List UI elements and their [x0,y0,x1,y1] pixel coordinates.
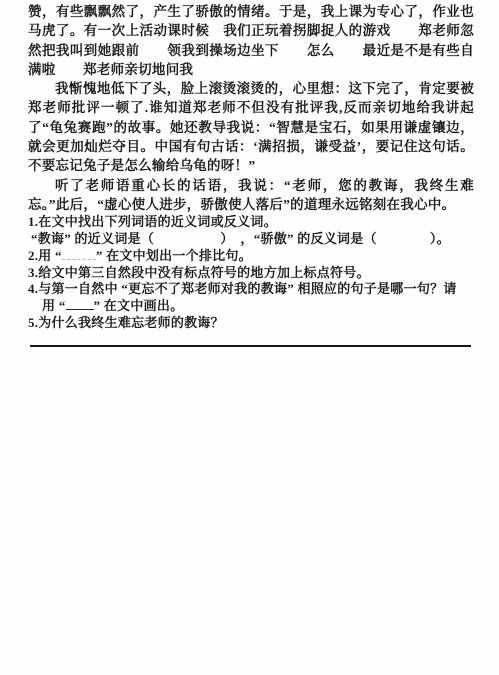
question-list: 1.在文中找出下列词语的近义词或反义词。 “教诲” 的近义词是（ ） ，“骄傲”… [28,214,474,332]
question-5: 5.为什么我终生难忘老师的教诲？ [28,315,474,332]
question-2: 2.用 “” 在文中划出一个排比句。 [28,248,474,265]
answer-blank-solid-underline [66,299,94,310]
reading-passage: 赞，有些飘飘然了，产生了骄傲的情绪。于是，我上课为专心了，作业也马虎了。有一次上… [28,2,474,214]
answer-blank-wavy-underline [62,249,96,260]
question-4-suffix: ” 在文中画出。 [94,298,184,313]
section-divider [30,345,471,347]
question-4-answer-line: 用 “” 在文中画出。 [28,298,474,315]
question-2-prefix: 2.用 “ [28,248,62,263]
question-3: 3.给文中第三自然段中没有标点符号的地方加上标点符号。 [28,265,474,282]
passage-paragraph-3: 听了老师语重心长的话语，我说：“老师，您的教诲，我终生难忘。”此后，“虚心使人进… [28,176,474,215]
question-4-prefix: 用 “ [42,298,66,313]
passage-paragraph-1: 赞，有些飘飘然了，产生了骄傲的情绪。于是，我上课为专心了，作业也马虎了。有一次上… [28,2,474,79]
question-2-suffix: ” 在文中划出一个排比句。 [96,248,252,263]
question-4: 4.与第一自然中 “更忘不了郑老师对我的教诲” 相照应的句子是哪一句？请 [28,281,474,298]
question-1-answer-line: “教诲” 的近义词是（ ） ，“骄傲” 的反义词是（ ）。 [28,231,474,248]
passage-paragraph-2: 我惭愧地低下了头，脸上滚烫滚烫的，心里想：这下完了，肯定要被郑老师批评一顿了.谁… [28,79,474,175]
question-1: 1.在文中找出下列词语的近义词或反义词。 [28,214,474,231]
worksheet-page: 赞，有些飘飘然了，产生了骄傲的情绪。于是，我上课为专心了，作业也马虎了。有一次上… [0,0,499,675]
